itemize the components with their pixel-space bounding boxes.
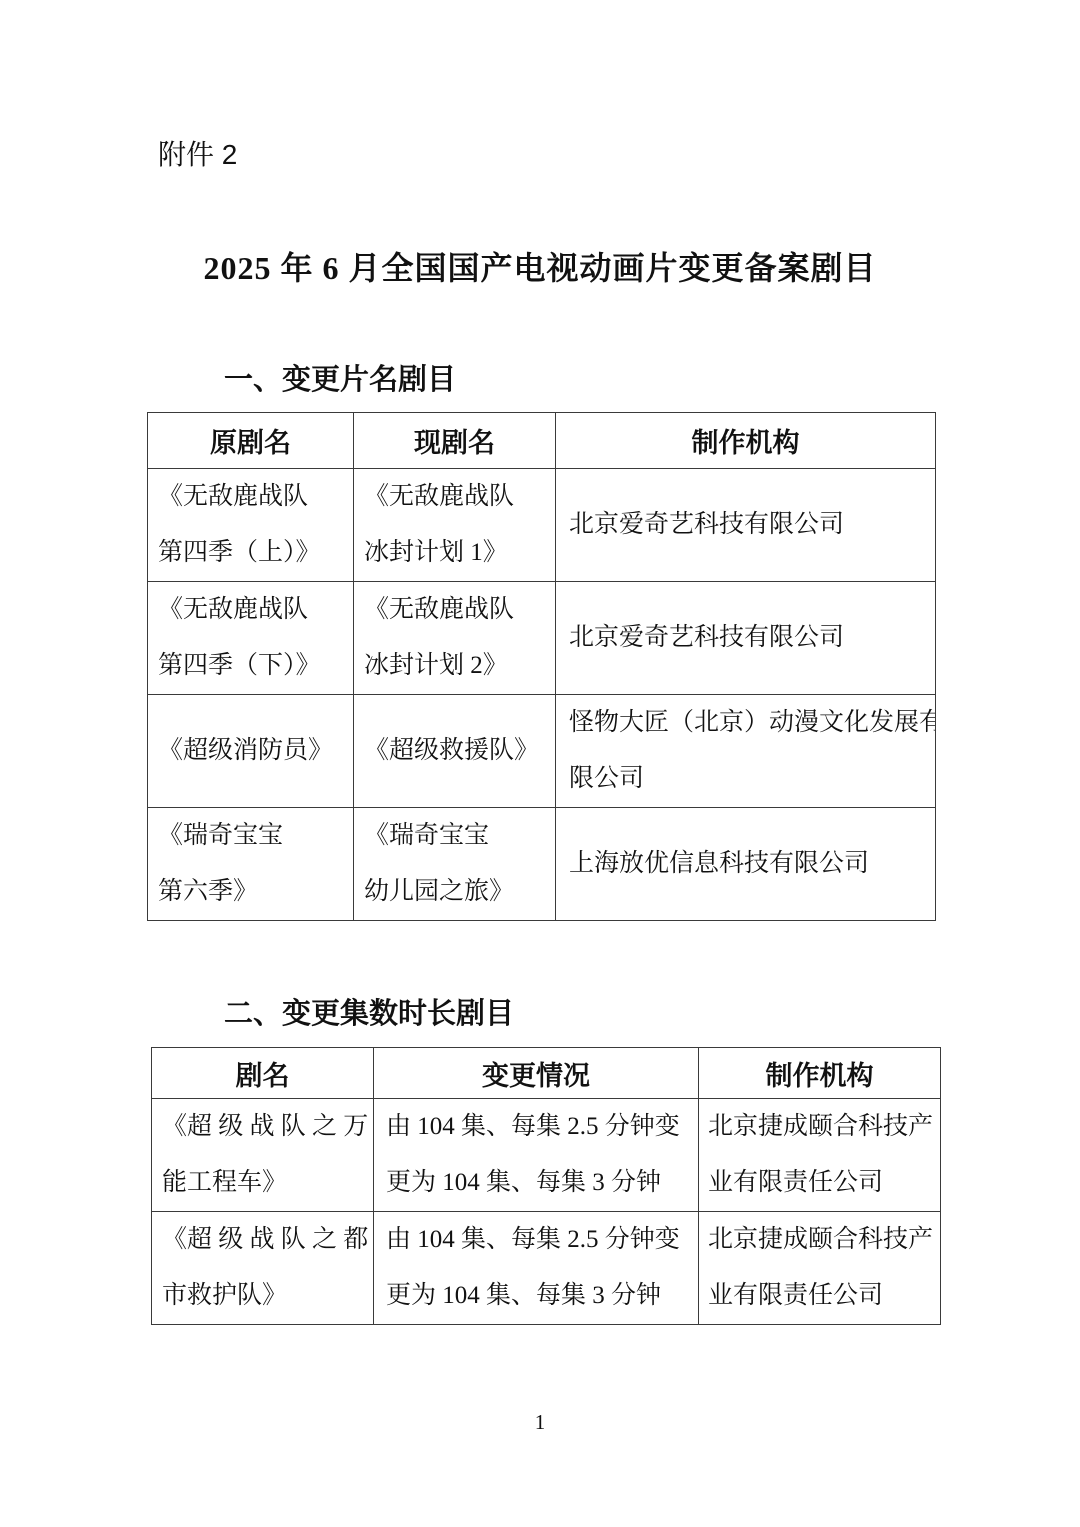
title-change-table: 原剧名 现剧名 制作机构 《无敌鹿战队 第四季（上）》 《无敌鹿战队 冰封计划 … [147,412,936,921]
original-title-cell: 《无敌鹿战队 第四季（上）》 [148,469,354,582]
change-details-cell: 由 104 集、每集 2.5 分钟变 更为 104 集、每集 3 分钟 [374,1099,699,1212]
document-title: 2025 年 6 月全国国产电视动画片变更备案剧目 [0,243,1080,289]
table-row: 《无敌鹿战队 第四季（上）》 《无敌鹿战队 冰封计划 1》 北京爱奇艺科技有限公… [148,469,936,582]
series-title-cell: 《超 级 战 队 之 都 市救护队》 [152,1212,374,1325]
column-header-producer: 制作机构 [556,413,936,469]
table-row: 《超 级 战 队 之 万 能工程车》 由 104 集、每集 2.5 分钟变 更为… [152,1099,941,1212]
table-row: 《超 级 战 队 之 都 市救护队》 由 104 集、每集 2.5 分钟变 更为… [152,1212,941,1325]
current-title-cell: 《无敌鹿战队 冰封计划 2》 [354,582,556,695]
page-number: 1 [0,1410,1080,1435]
producer-cell: 北京爱奇艺科技有限公司 [556,582,936,695]
original-title-cell: 《无敌鹿战队 第四季（下）》 [148,582,354,695]
column-header-producer: 制作机构 [699,1048,941,1099]
current-title-cell: 《瑞奇宝宝 幼儿园之旅》 [354,808,556,921]
section-1-heading: 一、变更片名剧目 [224,357,456,398]
producer-cell: 北京捷成颐合科技产 业有限责任公司 [699,1212,941,1325]
change-details-cell: 由 104 集、每集 2.5 分钟变 更为 104 集、每集 3 分钟 [374,1212,699,1325]
table-row: 《无敌鹿战队 第四季（下）》 《无敌鹿战队 冰封计划 2》 北京爱奇艺科技有限公… [148,582,936,695]
producer-cell: 北京捷成颐合科技产 业有限责任公司 [699,1099,941,1212]
original-title-cell: 《瑞奇宝宝 第六季》 [148,808,354,921]
table-header-row: 原剧名 现剧名 制作机构 [148,413,936,469]
column-header-series-title: 剧名 [152,1048,374,1099]
column-header-current-title: 现剧名 [354,413,556,469]
table-row: 《瑞奇宝宝 第六季》 《瑞奇宝宝 幼儿园之旅》 上海放优信息科技有限公司 [148,808,936,921]
current-title-cell: 《超级救援队》 [354,695,556,808]
producer-cell: 北京爱奇艺科技有限公司 [556,469,936,582]
document-page: 附件 2 2025 年 6 月全国国产电视动画片变更备案剧目 一、变更片名剧目 … [0,0,1080,1527]
original-title-cell: 《超级消防员》 [148,695,354,808]
column-header-change-details: 变更情况 [374,1048,699,1099]
episode-duration-change-table: 剧名 变更情况 制作机构 《超 级 战 队 之 万 能工程车》 由 104 集、… [151,1047,941,1325]
series-title-cell: 《超 级 战 队 之 万 能工程车》 [152,1099,374,1212]
current-title-cell: 《无敌鹿战队 冰封计划 1》 [354,469,556,582]
table-header-row: 剧名 变更情况 制作机构 [152,1048,941,1099]
column-header-original-title: 原剧名 [148,413,354,469]
table-row: 《超级消防员》 《超级救援队》 怪物大匠（北京）动漫文化发展有 限公司 [148,695,936,808]
producer-cell: 上海放优信息科技有限公司 [556,808,936,921]
producer-cell: 怪物大匠（北京）动漫文化发展有 限公司 [556,695,936,808]
section-2-heading: 二、变更集数时长剧目 [224,991,514,1032]
attachment-label: 附件 2 [158,133,237,173]
